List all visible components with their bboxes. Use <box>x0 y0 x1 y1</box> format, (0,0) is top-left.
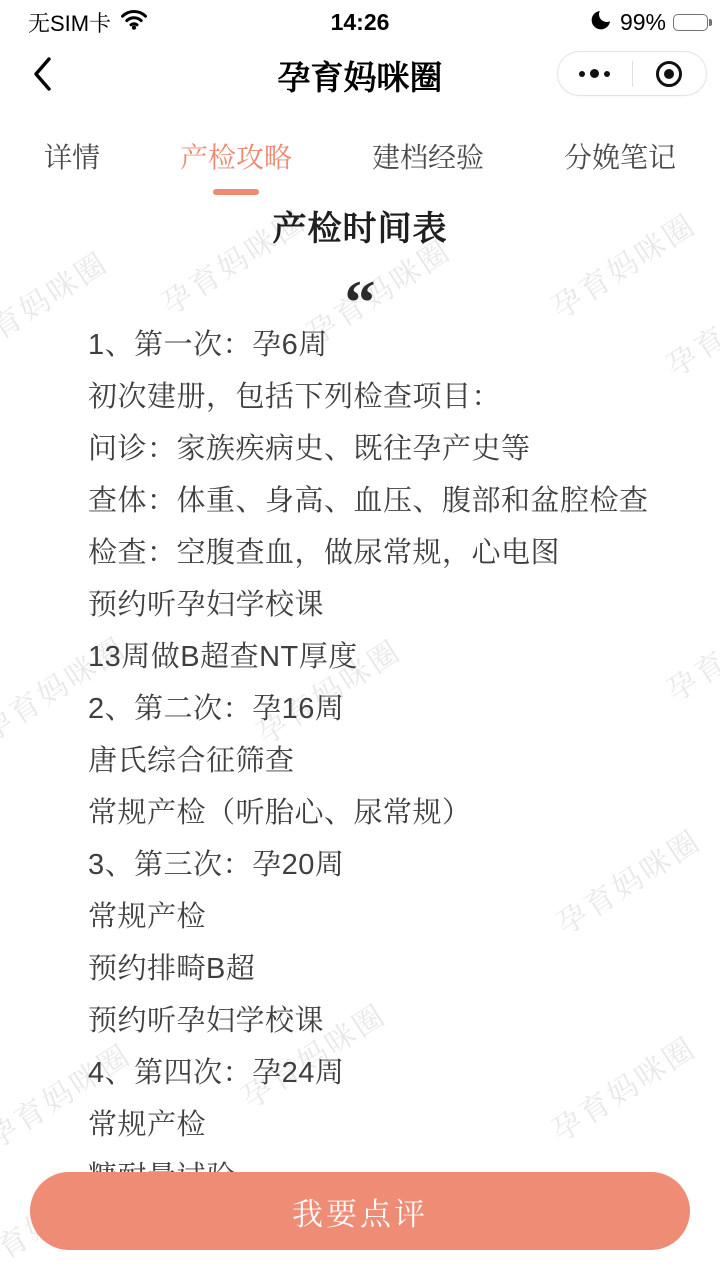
content-line: 常规产检（听胎心、尿常规） <box>88 794 690 832</box>
battery-icon <box>673 14 708 31</box>
ellipsis-icon <box>579 69 610 78</box>
battery-percent-label: 99% <box>620 9 666 36</box>
wifi-icon <box>120 9 148 35</box>
tab-label: 详情 <box>44 142 100 173</box>
tab-label: 产检攻略 <box>180 142 292 173</box>
content-line: 唐氏综合征筛查 <box>88 742 690 780</box>
article-content: 产检时间表 “ 1、第一次：孕6周 初次建册，包括下列检查项目： 问诊：家族疾病… <box>0 208 720 1196</box>
miniprogram-capsule <box>557 51 707 96</box>
review-button[interactable]: 我要点评 <box>30 1172 690 1250</box>
paragraph-list: 1、第一次：孕6周 初次建册，包括下列检查项目： 问诊：家族疾病史、既往孕产史等… <box>0 326 720 1196</box>
tab-checkup-guide[interactable]: 产检攻略 <box>174 110 298 196</box>
content-line: 1、第一次：孕6周 <box>88 326 690 364</box>
content-line: 预约听孕妇学校课 <box>88 1002 690 1040</box>
tab-bar: 详情 产检攻略 建档经验 分娩笔记 <box>0 110 720 202</box>
tab-delivery-notes[interactable]: 分娩笔记 <box>558 110 682 177</box>
content-line: 检查：空腹查血，做尿常规，心电图 <box>88 534 690 572</box>
chevron-left-icon <box>31 56 53 95</box>
page-title: 孕育妈咪圈 <box>120 40 600 110</box>
back-button[interactable] <box>24 57 60 93</box>
tab-active-indicator <box>213 189 259 195</box>
nav-bar: 孕育妈咪圈 <box>0 40 720 110</box>
content-line: 问诊：家族疾病史、既往孕产史等 <box>88 430 690 468</box>
content-line: 查体：体重、身高、血压、腹部和盆腔检查 <box>88 482 690 520</box>
tab-label: 分娩笔记 <box>564 142 676 173</box>
more-button[interactable] <box>558 52 632 95</box>
tab-details[interactable]: 详情 <box>38 110 106 177</box>
do-not-disturb-moon-icon <box>589 8 613 37</box>
content-line: 2、第二次：孕16周 <box>88 690 690 728</box>
content-line: 4、第四次：孕24周 <box>88 1054 690 1092</box>
content-line: 初次建册，包括下列检查项目： <box>88 378 690 416</box>
carrier-label: 无SIM卡 <box>28 7 111 38</box>
article-title: 产检时间表 <box>0 208 720 250</box>
content-line: 常规产检 <box>88 898 690 936</box>
tab-label: 建档经验 <box>372 142 484 173</box>
content-line: 3、第三次：孕20周 <box>88 846 690 884</box>
content-line: 13周做B超查NT厚度 <box>88 638 690 676</box>
record-dot-icon <box>656 61 682 87</box>
close-home-button[interactable] <box>633 52 707 95</box>
quote-mark-icon: “ <box>0 266 720 310</box>
content-line: 预约排畸B超 <box>88 950 690 988</box>
status-bar: 无SIM卡 14:26 99% <box>0 0 720 40</box>
content-line: 常规产检 <box>88 1106 690 1144</box>
app-screen: 孕育妈咪圈 孕育妈咪圈 孕育妈咪圈 孕育妈咪圈 孕育妈咪圈 孕育妈咪圈 孕育妈咪… <box>0 0 720 1280</box>
content-line: 预约听孕妇学校课 <box>88 586 690 624</box>
tab-registration-experience[interactable]: 建档经验 <box>366 110 490 177</box>
